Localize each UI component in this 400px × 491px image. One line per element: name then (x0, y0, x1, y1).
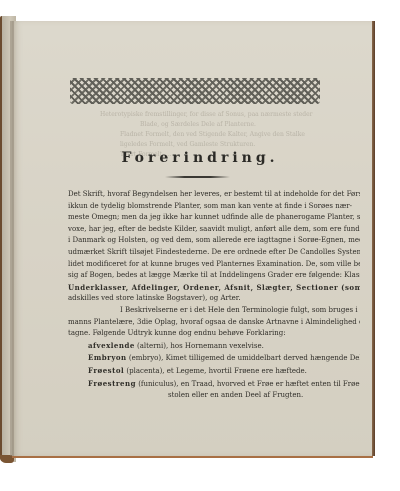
term-entry: Frøestreng (funiculus), en Traad, hvorve… (68, 378, 360, 391)
text-line: I Beskrivelserne er i det Hele den Termi… (68, 305, 360, 317)
text-line: sig af Bogen, bedes at lægge Mærke til a… (68, 270, 360, 282)
term-word: Frøestreng (88, 379, 136, 388)
ghost-line: Blade, og Særdeles Dele af Planterne. (100, 120, 330, 130)
page-gutter (10, 21, 14, 456)
title-rule (165, 176, 230, 178)
text-line: lidet modificeret for at kunne bruges ve… (68, 259, 360, 271)
term-word: Embryon (88, 353, 127, 362)
text-line: adskilles ved store latinske Bogstaver),… (68, 293, 360, 305)
term-entry: Frøestol (placenta), et Legeme, hvortil … (68, 365, 360, 378)
text-line: Underklasser, Afdelinger, Ordener, Afsni… (68, 282, 360, 294)
term-definition: (funiculus), en Traad, hvorved et Frøe e… (136, 380, 360, 388)
text-line: udmærket Skrift tilsøjet Findestederne. … (68, 247, 360, 259)
ornament-band (70, 78, 320, 104)
term-entry: Embryon (embryo), Kimet tilligemed de um… (68, 352, 360, 365)
term-word: afvexlende (88, 341, 135, 350)
body-text: Det Skrift, hvoraf Begyndelsen her lever… (68, 189, 360, 402)
term-definition: (placenta), et Legeme, hvortil Frøene er… (124, 367, 307, 375)
paragraph-1: Det Skrift, hvoraf Begyndelsen her lever… (68, 189, 360, 305)
term-entry: afvexlende (alterni), hos Hornemann vexe… (68, 340, 360, 353)
term-word: Frøestol (88, 366, 124, 375)
ghost-line: Fladnet Formelt, den ved Stigende Kalter… (100, 130, 330, 140)
ghost-line: Heterotypiske fremstillinger, for disse … (100, 110, 330, 120)
text-line: meste Omegn; men da jeg ikke har kunnet … (68, 212, 360, 224)
ghost-line: ligeledes Formelt, ved Gamleste Struktur… (100, 140, 330, 150)
text-line: ikkun de tydelig blomstrende Planter, so… (68, 201, 360, 213)
text-line: tagne. Følgende Udtryk kunne dog endnu b… (68, 328, 360, 340)
text-line: Det Skrift, hvoraf Begyndelsen her lever… (68, 189, 360, 201)
page-right-edge (372, 21, 375, 456)
text-line: manns Plantelære, 3die Oplag, hvoraf ogs… (68, 317, 360, 329)
term-list: afvexlende (alterni), hos Hornemann vexe… (68, 340, 360, 402)
page-title: Forerindring. (0, 150, 400, 166)
text-line: voxe, har jeg, efter de bedste Kilder, s… (68, 224, 360, 236)
paragraph-2: I Beskrivelserne er i det Hele den Termi… (68, 305, 360, 340)
term-continuation: stolen eller en anden Deel af Frugten. (68, 390, 360, 402)
text-line: i Danmark og Holsten, og ved dem, som al… (68, 235, 360, 247)
term-definition: (embryo), Kimet tilligemed de umiddelbar… (127, 354, 360, 362)
term-definition: (alterni), hos Hornemann vexelvise. (135, 342, 264, 350)
